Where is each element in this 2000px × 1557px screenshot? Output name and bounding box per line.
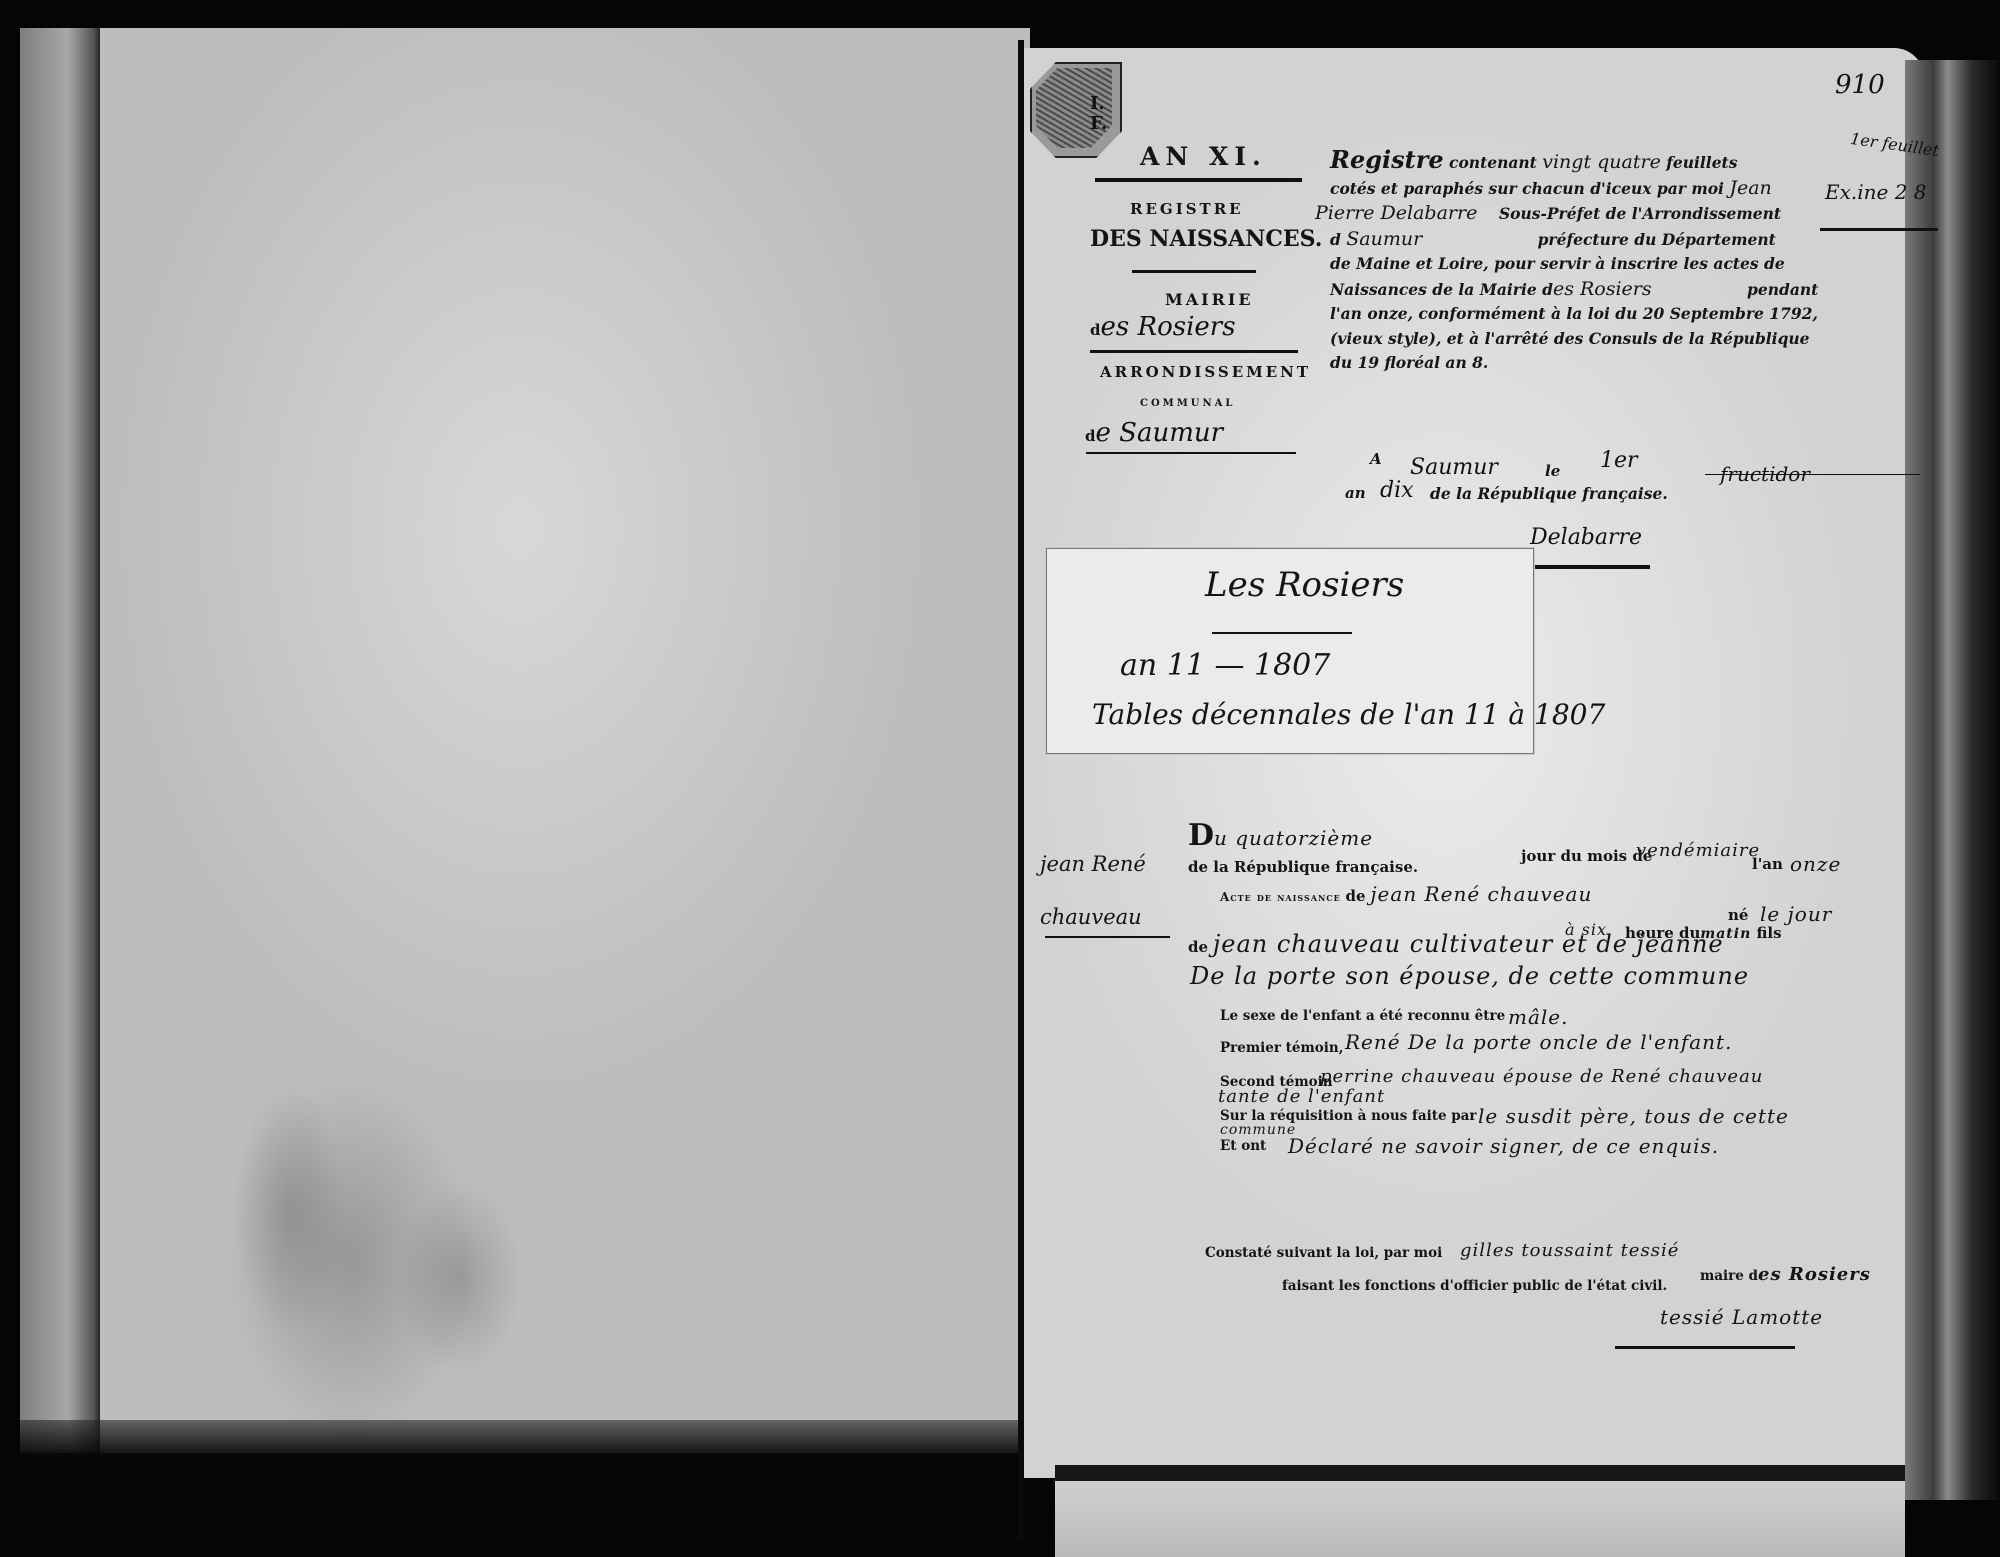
place-handwritten: Saumur xyxy=(1410,455,1498,480)
year-handwritten: dix xyxy=(1380,478,1414,503)
second-temoin-handwritten: perrine chauveau épouse de René chauveau xyxy=(1320,1066,1763,1087)
de-label: de xyxy=(1188,938,1208,956)
constate-label: Constaté suivant la loi, par moi xyxy=(1205,1245,1442,1261)
maire-prefix: maire d xyxy=(1700,1268,1758,1284)
officer-handwritten: gilles toussaint tessié xyxy=(1460,1240,1679,1261)
place-prefix: A xyxy=(1370,450,1382,468)
mayor-signature: tessié Lamotte xyxy=(1660,1305,1823,1329)
date-line xyxy=(1705,474,1920,475)
sexe-label: Le sexe de l'enfant a été reconnu être xyxy=(1220,1008,1505,1024)
parents-handwritten: jean chauveau cultivateur et de jeanne xyxy=(1213,930,1724,958)
second-temoin-handwritten-cont: tante de l'enfant xyxy=(1218,1086,1385,1107)
maire-commune-handwritten: es Rosiers xyxy=(1758,1264,1871,1285)
preamble-line: du 19 floréal an 8. xyxy=(1330,351,1850,376)
maire-label: maire des Rosiers xyxy=(1700,1264,1871,1285)
arrondissement-label: ARRONDISSEMENT xyxy=(1100,363,1311,381)
preamble-text: cotés et paraphés sur chacun d'iceux par… xyxy=(1330,179,1724,198)
header-rule xyxy=(1090,350,1298,353)
right-page-worn-edge xyxy=(1905,60,2000,1500)
register-label: REGISTRE xyxy=(1130,200,1244,218)
requisition-handwritten-cont: commune xyxy=(1220,1122,1296,1138)
registre-word: Registre xyxy=(1330,145,1444,174)
year-handwritten: onze xyxy=(1790,852,1841,876)
an-label: an xyxy=(1345,484,1366,502)
left-page-bottom-edge xyxy=(20,1420,1030,1460)
stamp-letters: I. F. xyxy=(1090,94,1107,134)
card-range: an 11 — 1807 xyxy=(1120,648,1330,683)
mairie-field: des Rosiers xyxy=(1090,312,1236,342)
preamble-text: contenant xyxy=(1449,153,1537,172)
card-subtitle: Tables décennales de l'an 11 à 1807 xyxy=(1092,698,1605,731)
day-handwritten: 1er xyxy=(1600,448,1638,473)
commune-handwritten: es Rosiers xyxy=(1553,278,1652,300)
sexe-handwritten: mâle. xyxy=(1508,1005,1568,1029)
leaf-count-handwritten: vingt quatre xyxy=(1542,151,1661,173)
prefect-signature: Delabarre xyxy=(1530,525,1642,550)
et-ont-label: Et ont xyxy=(1220,1138,1266,1154)
ne-label: né xyxy=(1728,906,1748,924)
mairie-label: MAIRIE xyxy=(1165,290,1254,309)
le-label: le xyxy=(1545,462,1560,480)
header-rule xyxy=(1086,452,1296,454)
premier-temoin-label: Premier témoin, xyxy=(1220,1040,1343,1056)
fils-label: fils xyxy=(1757,924,1782,942)
preamble-text: Sous-Préfet de l'Arrondissement xyxy=(1499,204,1781,223)
preamble-line: Naissances de la Mairie des Rosiers pend… xyxy=(1330,277,1850,303)
acte-de: de xyxy=(1346,887,1366,905)
preamble-line: cotés et paraphés sur chacun d'iceux par… xyxy=(1330,176,1850,202)
republic-label: de la République française. xyxy=(1188,858,1418,876)
folio-number: 910 xyxy=(1835,70,1885,100)
requisition-handwritten: le susdit père, tous de cette xyxy=(1478,1104,1789,1128)
parents-handwritten-cont: De la porte son épouse, de cette commune xyxy=(1190,962,1749,990)
premier-temoin-handwritten: René De la porte oncle de l'enfant. xyxy=(1345,1030,1732,1054)
card-title: Les Rosiers xyxy=(1205,565,1404,605)
arrondissement-prefix: d xyxy=(1085,427,1096,445)
mairie-name-handwritten: es Rosiers xyxy=(1101,312,1236,342)
preamble-line: de Maine et Loire, pour servir à inscrir… xyxy=(1330,252,1850,277)
prefect-name-handwritten: Pierre Delabarre xyxy=(1315,202,1477,224)
header-rule xyxy=(1132,270,1256,273)
naissances-label: DES NAISSANCES. xyxy=(1090,226,1322,252)
left-page-blank xyxy=(20,28,1030,1453)
preamble-line: d Saumur préfecture du Département xyxy=(1330,227,1850,253)
document-scan: I. F. 910 1er feuillet Ex.ine 2 8 AN XI.… xyxy=(0,0,2000,1557)
preamble-line: l'an onze, conformément à la loi du 20 S… xyxy=(1330,302,1850,327)
drop-cap: D xyxy=(1188,818,1214,853)
acte-label: Acte de naissance xyxy=(1220,890,1341,904)
register-preamble: Registre contenant vingt quatre feuillet… xyxy=(1330,148,1850,376)
margin-first-name: jean René xyxy=(1040,852,1146,876)
child-name-handwritten: jean René chauveau xyxy=(1370,882,1592,906)
parents-line: de jean chauveau cultivateur et de jeann… xyxy=(1188,930,1724,958)
republic-label: de la République française. xyxy=(1430,484,1668,503)
register-year: AN XI. xyxy=(1140,142,1267,171)
preamble-line: Registre contenant vingt quatre feuillet… xyxy=(1330,148,1850,176)
arrondissement-name-handwritten: e Saumur xyxy=(1096,418,1224,448)
preamble-text: préfecture du Département xyxy=(1538,230,1776,249)
preamble-text: Naissances de la Mairie d xyxy=(1330,280,1553,299)
preamble-text: d xyxy=(1330,230,1341,249)
lan-label: l'an xyxy=(1752,855,1783,873)
arrondissement-handwritten: Saumur xyxy=(1346,228,1422,250)
card-rule xyxy=(1212,632,1352,634)
preamble-line: (vieux style), et à l'arrêté des Consuls… xyxy=(1330,327,1850,352)
preamble-text: pendant xyxy=(1747,280,1818,299)
day-handwritten: u quatorzième xyxy=(1214,826,1373,850)
month-handwritten: vendémiaire xyxy=(1636,840,1760,861)
prefect-first-name-handwritten: Jean xyxy=(1729,177,1771,199)
preamble-line: Pierre Delabarre Sous-Préfet de l'Arrond… xyxy=(1315,201,1850,227)
jour-du-mois-label: jour du mois de xyxy=(1521,847,1652,865)
mairie-prefix: d xyxy=(1090,321,1101,339)
bottom-page-stack xyxy=(1055,1465,1905,1557)
margin-last-name: chauveau xyxy=(1040,905,1142,929)
header-rule xyxy=(1095,178,1302,182)
fonctions-label: faisant les fonctions d'officier public … xyxy=(1282,1278,1667,1294)
acte-line: Acte de naissance de jean René chauveau xyxy=(1220,882,1592,906)
communal-label: COMMUNAL xyxy=(1140,398,1235,409)
et-ont-handwritten: Déclaré ne savoir signer, de ce enquis. xyxy=(1288,1134,1719,1158)
signature-flourish xyxy=(1615,1346,1795,1349)
margin-rule xyxy=(1045,936,1170,938)
preamble-text: feuillets xyxy=(1666,153,1737,172)
left-page-folded-edge xyxy=(20,28,100,1453)
birth-day-handwritten: le jour xyxy=(1760,902,1832,926)
arrondissement-field: de Saumur xyxy=(1085,418,1223,448)
act-opening: Du quatorzième xyxy=(1188,818,1373,853)
